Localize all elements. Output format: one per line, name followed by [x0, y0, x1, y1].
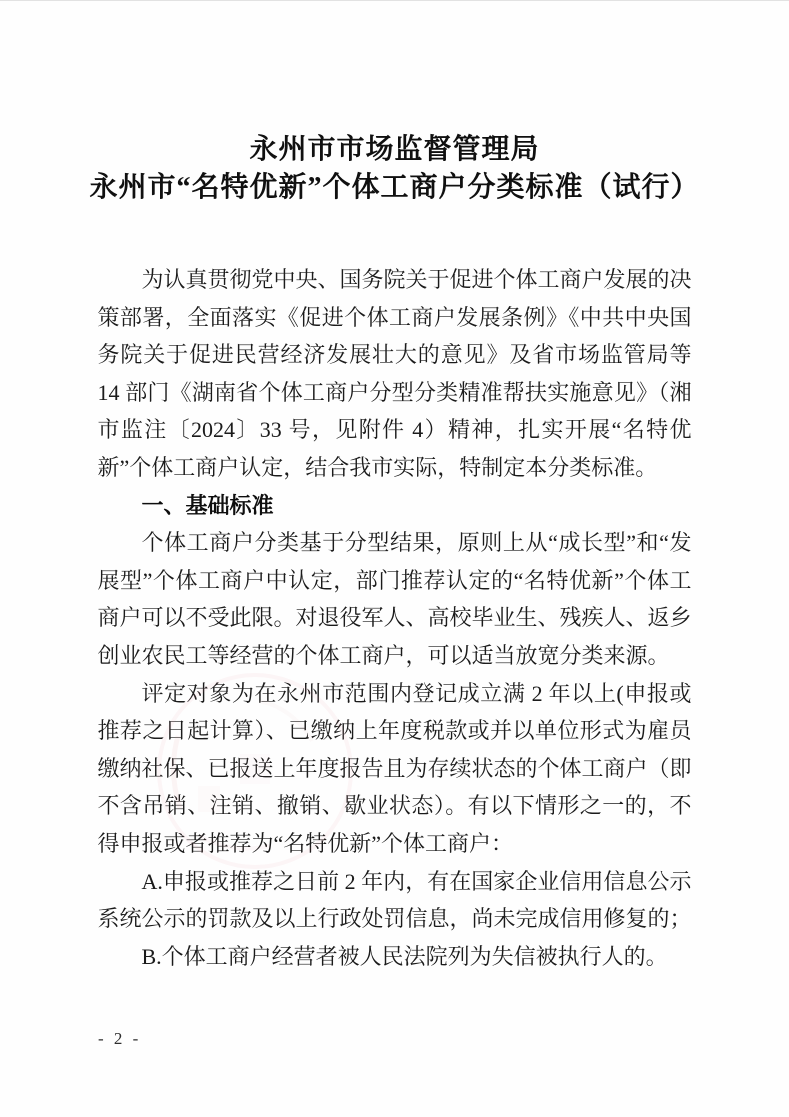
section-heading-basic-standards: 一、基础标准	[98, 487, 692, 525]
title-line-1: 永州市市场监督管理局	[0, 131, 789, 169]
document-title: 永州市市场监督管理局 永州市“名特优新”个体工商户分类标准（试行）	[0, 1, 789, 207]
paragraph-classification-basis: 个体工商户分类基于分型结果，原则上从“成长型”和“发展型”个体工商户中认定，部门…	[98, 524, 692, 674]
paragraph-item-b: B.个体工商户经营者被人民法院列为失信被执行人的。	[98, 938, 692, 976]
document-body: 为认真贯彻党中央、国务院关于促进个体工商户发展的决策部署，全面落实《促进个体工商…	[98, 261, 692, 975]
page-number: - 2 -	[98, 1029, 141, 1049]
paragraph-item-a: A.申报或推荐之日前 2 年内，有在国家企业信用信息公示系统公示的罚款及以上行政…	[98, 863, 692, 938]
title-line-2: 永州市“名特优新”个体工商户分类标准（试行）	[0, 169, 789, 207]
paragraph-evaluation-scope: 评定对象为在永州市范围内登记成立满 2 年以上(申报或推荐之日起计算）、已缴纳上…	[98, 675, 692, 863]
paragraph-intro: 为认真贯彻党中央、国务院关于促进个体工商户发展的决策部署，全面落实《促进个体工商…	[98, 261, 692, 487]
document-page: 永州市市场监督管理局 永州市“名特优新”个体工商户分类标准（试行） 为认真贯彻党…	[0, 0, 789, 1117]
